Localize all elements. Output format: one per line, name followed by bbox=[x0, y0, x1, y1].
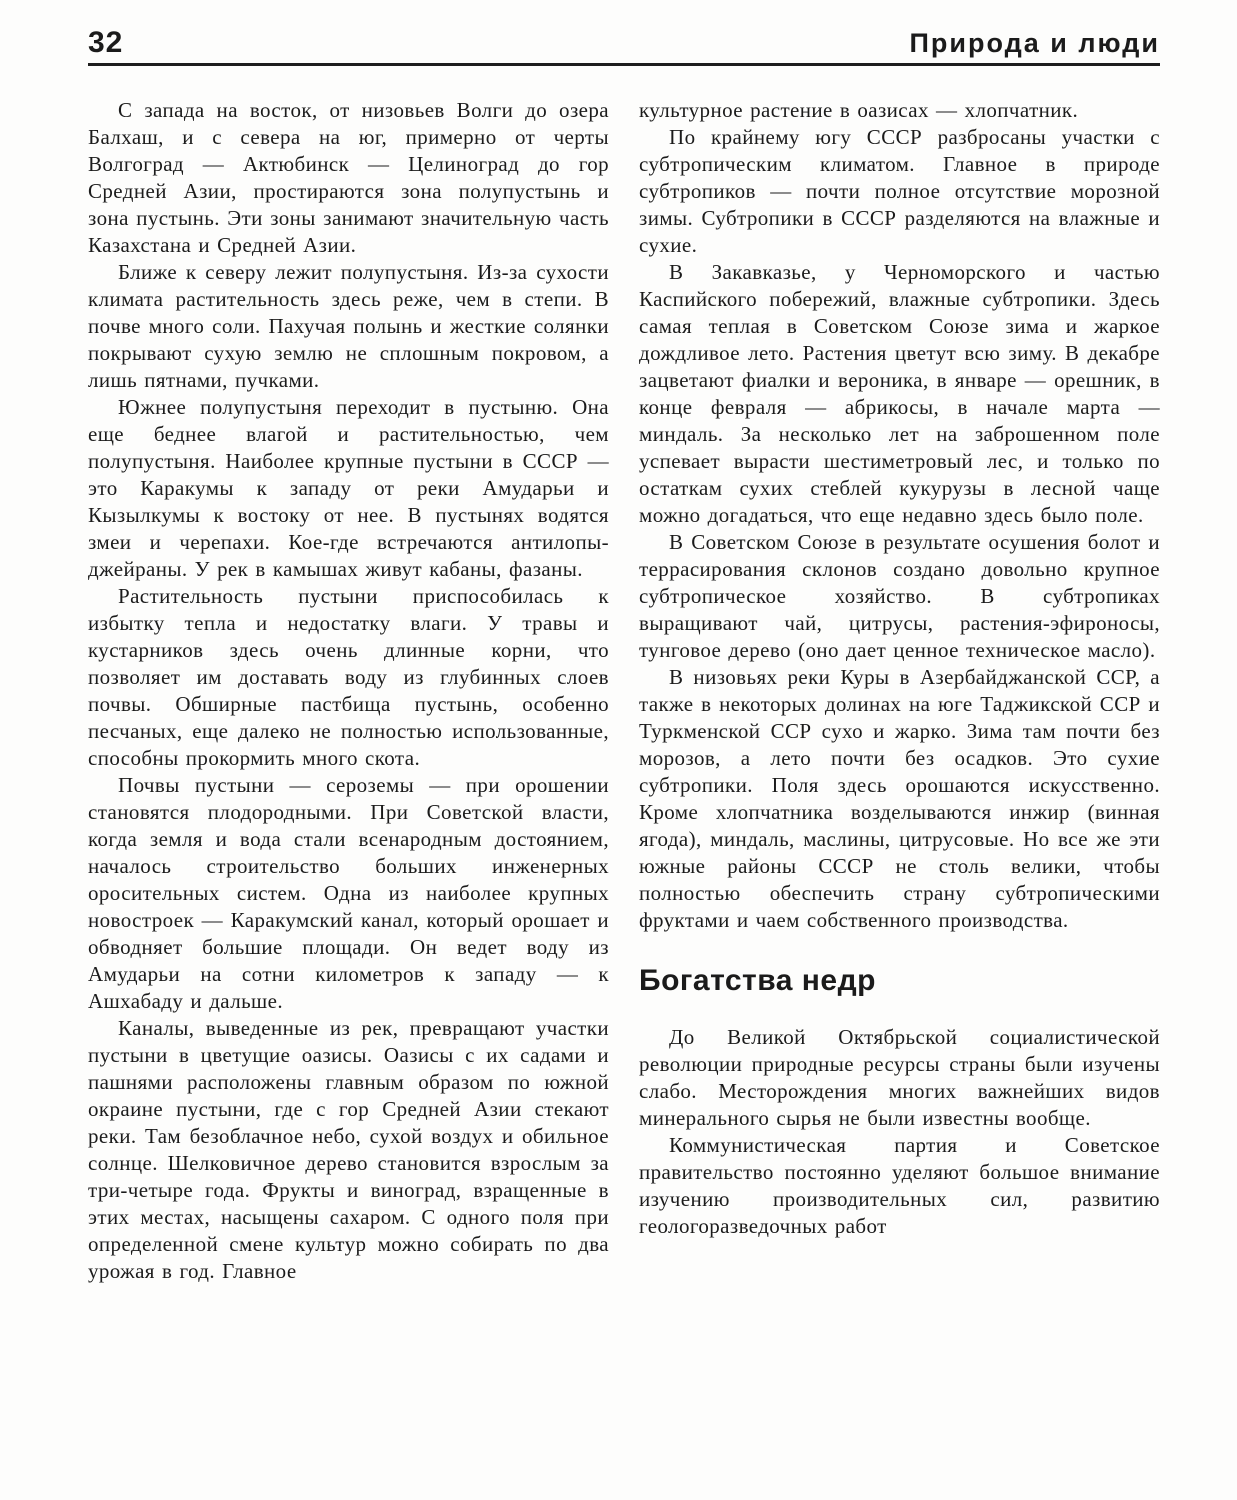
header-rule bbox=[88, 63, 1160, 66]
right-column: культурное растение в оазисах — хлопчатн… bbox=[639, 97, 1160, 1285]
paragraph: Ближе к северу лежит полупустыня. Из-за … bbox=[88, 259, 609, 394]
paragraph: Коммунистическая партия и Советское прав… bbox=[639, 1132, 1160, 1240]
text-columns: С запада на восток, от низовьев Волги до… bbox=[88, 97, 1160, 1285]
paragraph: В Советском Союзе в результате осушения … bbox=[639, 529, 1160, 664]
paragraph: Растительность пустыни приспособилась к … bbox=[88, 583, 609, 772]
book-page: 32 Природа и люди С запада на восток, от… bbox=[0, 0, 1237, 1500]
page-header: 32 Природа и люди bbox=[88, 26, 1160, 60]
left-column: С запада на восток, от низовьев Волги до… bbox=[88, 97, 609, 1285]
section-heading: Богатства недр bbox=[639, 964, 1160, 998]
paragraph: В низовьях реки Куры в Азербайджанской С… bbox=[639, 664, 1160, 934]
paragraph-continuation: культурное растение в оазисах — хлопчатн… bbox=[639, 97, 1160, 124]
paragraph: Почвы пустыни — сероземы — при орошении … bbox=[88, 772, 609, 1015]
paragraph: До Великой Октябрьской социалистической … bbox=[639, 1024, 1160, 1132]
running-title: Природа и люди bbox=[910, 28, 1160, 59]
page-number: 32 bbox=[88, 26, 123, 60]
paragraph: Каналы, выведенные из рек, превращают уч… bbox=[88, 1015, 609, 1285]
paragraph: Южнее полупустыня переходит в пустыню. О… bbox=[88, 394, 609, 583]
paragraph: В Закавказье, у Черноморского и частью К… bbox=[639, 259, 1160, 529]
paragraph: По крайнему югу СССР разбросаны участки … bbox=[639, 124, 1160, 259]
paragraph: С запада на восток, от низовьев Волги до… bbox=[88, 97, 609, 259]
